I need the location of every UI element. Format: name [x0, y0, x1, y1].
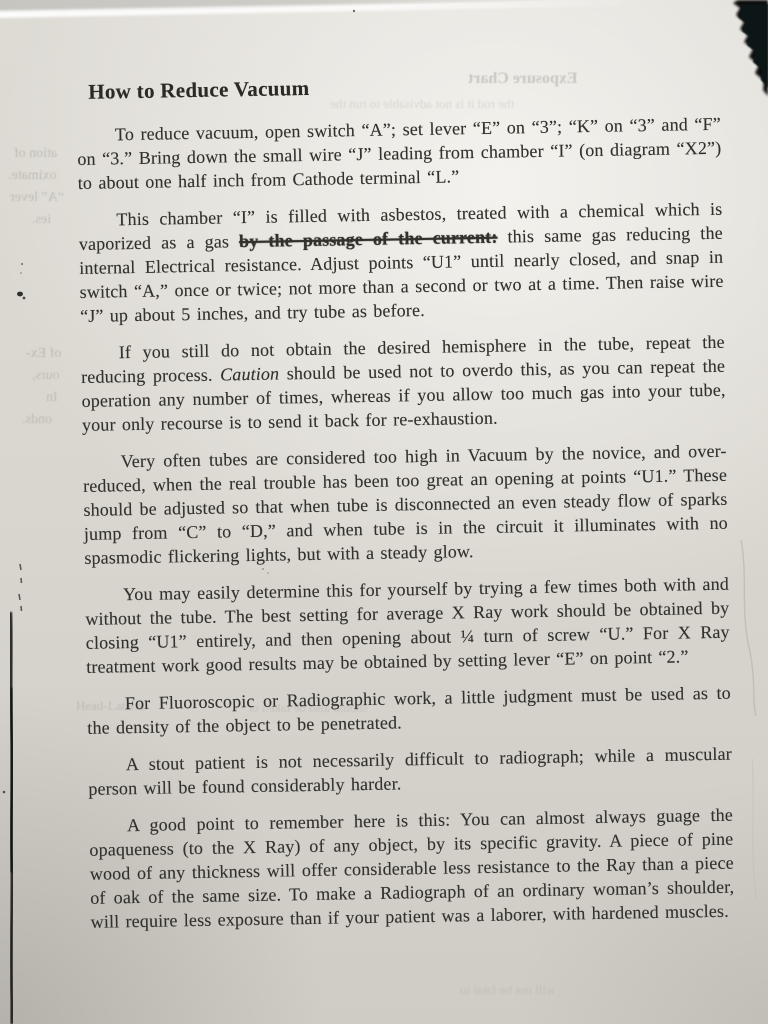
- paragraph-6: For Fluoroscopic or Radiographic work, a…: [87, 681, 732, 740]
- paragraph-text: A good point to remember here is this: Y…: [89, 805, 734, 932]
- ghost-text: ation of: [14, 146, 57, 162]
- ghost-text: onds.: [22, 412, 52, 428]
- ghost-text: ies.: [32, 212, 51, 228]
- page-title: How to Reduce Vacuum: [88, 69, 720, 105]
- ink-speck: [23, 297, 26, 300]
- paragraph-text: You may easily determine this for yourse…: [85, 574, 730, 677]
- paragraph-2: This chamber “I” is filled with asbestos…: [78, 197, 724, 328]
- ink-speck: [3, 791, 6, 794]
- ghost-text: will not be fatal to: [460, 982, 555, 998]
- ghost-text: “A” lever: [10, 190, 64, 206]
- ink-speck: [17, 292, 23, 297]
- scanned-page-photo: Exposure Chart the rod it is not advisab…: [0, 0, 768, 1024]
- paragraph-3: If you still do not obtain the desired h…: [81, 330, 727, 437]
- page-text-block: How to Reduce Vacuum To reduce vacuum, o…: [76, 69, 735, 947]
- ink-speck: [20, 272, 22, 274]
- over-inked-phrase: by the passage of the current:: [239, 227, 498, 252]
- gutter-ink-line: [11, 612, 13, 1024]
- ghost-text: oximate.: [8, 168, 57, 184]
- paragraph-text: To reduce vacuum, open switch “A”; set l…: [77, 114, 721, 193]
- paragraph-1: To reduce vacuum, open switch “A”; set l…: [77, 112, 722, 195]
- paper-crease: [741, 540, 756, 716]
- gutter-ink-dashes: [19, 564, 22, 611]
- paragraph-text: A stout patient is not necessarily diffi…: [88, 744, 732, 799]
- paragraph-7: A stout patient is not necessarily diffi…: [88, 742, 733, 801]
- paper-crease: [752, 758, 757, 902]
- paragraph-5: You may easily determine this for yourse…: [85, 572, 731, 679]
- ghost-text: of Ex-: [26, 346, 61, 362]
- italic-caution-word: Caution: [220, 363, 279, 384]
- ghost-text: In: [46, 390, 58, 406]
- gutter-ink-line-thick: [11, 688, 12, 872]
- ghost-text: ours,: [32, 368, 60, 384]
- paragraph-4: Very often tubes are considered too high…: [82, 439, 728, 570]
- ink-speck: [21, 263, 23, 265]
- torn-corner-shadow: [733, 0, 768, 96]
- paragraph-text: Very often tubes are considered too high…: [83, 441, 728, 568]
- paragraph-text: For Fluoroscopic or Radiographic work, a…: [87, 683, 731, 738]
- paragraph-8: A good point to remember here is this: Y…: [89, 803, 735, 934]
- torn-corner-edge: [738, 4, 768, 88]
